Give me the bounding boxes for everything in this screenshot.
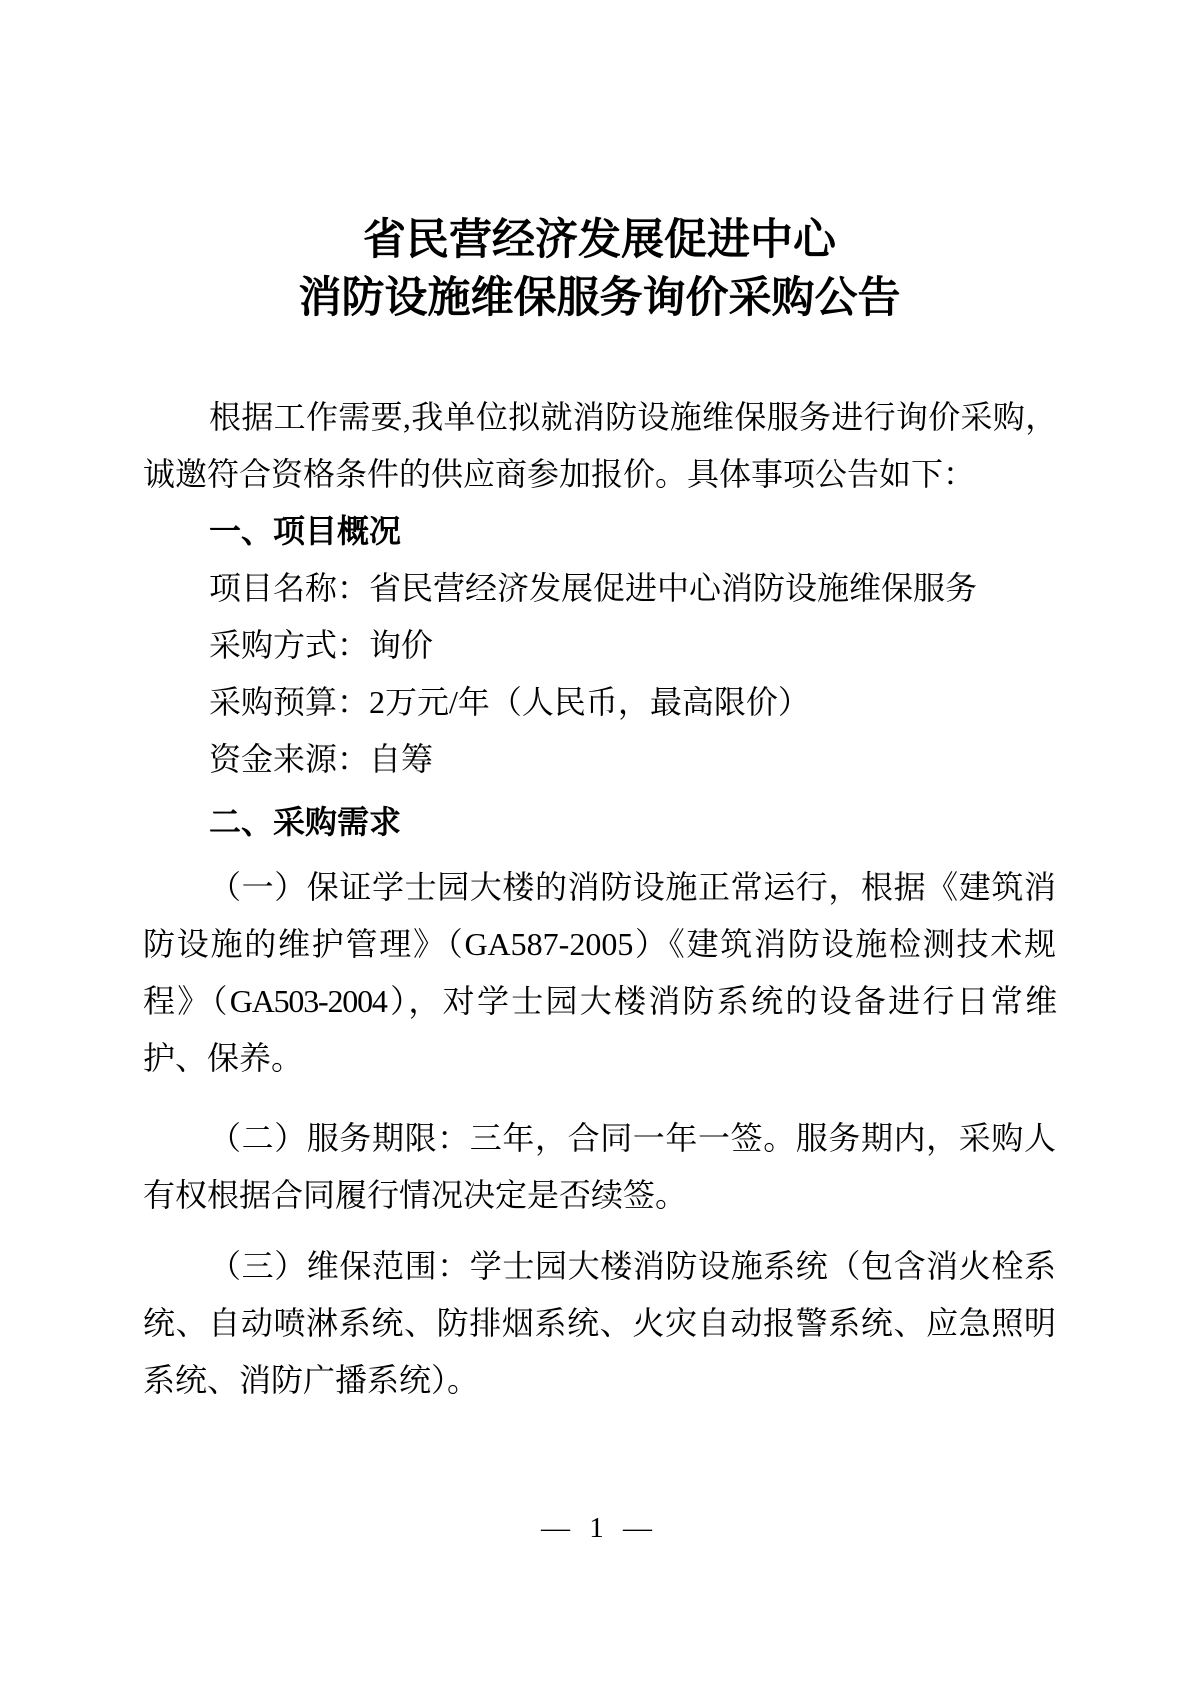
title-line-1: 省民营经济发展促进中心 xyxy=(143,212,1056,270)
paragraph-line: 统、自动喷淋系统、防排烟系统、火灾自动报警系统、应急照明 xyxy=(143,1295,1056,1352)
project-name-line: 项目名称：省民营经济发展促进中心消防设施维保服务 xyxy=(143,560,1056,617)
paragraph-line: （三）维保范围：学士园大楼消防设施系统（包含消火栓系 xyxy=(143,1238,1056,1295)
paragraph-line: （一）保证学士园大楼的消防设施正常运行，根据《建筑消 xyxy=(143,859,1056,916)
document-page: 省民营经济发展促进中心 消防设施维保服务询价采购公告 根据工作需要,我单位拟就消… xyxy=(0,0,1199,1696)
paragraph-line: 系统、消防广播系统）。 xyxy=(143,1352,1056,1409)
document-content: 省民营经济发展促进中心 消防设施维保服务询价采购公告 根据工作需要,我单位拟就消… xyxy=(143,0,1056,1409)
intro-line-2: 诚邀符合资格条件的供应商参加报价。具体事项公告如下： xyxy=(143,446,1056,503)
procurement-method-line: 采购方式：询价 xyxy=(143,617,1056,674)
section-2-heading: 二、采购需求 xyxy=(143,794,1056,851)
paragraph-line: 防设施的维护管理》（GA587-2005）《建筑消防设施检测技术规 xyxy=(143,916,1056,973)
funding-source-line: 资金来源：自筹 xyxy=(143,731,1056,788)
paragraph-line: 程》（GA503-2004），对学士园大楼消防系统的设备进行日常维 xyxy=(143,973,1056,1030)
section-1-heading: 一、项目概况 xyxy=(143,503,1056,560)
paragraph-line: （二）服务期限：三年，合同一年一签。服务期内，采购人 xyxy=(143,1110,1056,1167)
requirement-paragraph-1: （一）保证学士园大楼的消防设施正常运行，根据《建筑消 防设施的维护管理》（GA5… xyxy=(143,859,1056,1087)
budget-line: 采购预算：2万元/年（人民币，最高限价） xyxy=(143,674,1056,731)
page-number: — 1 — xyxy=(0,1508,1199,1548)
title-line-2: 消防设施维保服务询价采购公告 xyxy=(143,270,1056,328)
paragraph-line: 有权根据合同履行情况决定是否续签。 xyxy=(143,1167,1056,1224)
document-title: 省民营经济发展促进中心 消防设施维保服务询价采购公告 xyxy=(143,212,1056,328)
intro-paragraph: 根据工作需要,我单位拟就消防设施维保服务进行询价采购， 诚邀符合资格条件的供应商… xyxy=(143,389,1056,503)
intro-line-1: 根据工作需要,我单位拟就消防设施维保服务进行询价采购， xyxy=(143,389,1056,446)
paragraph-line: 护、保养。 xyxy=(143,1030,1056,1087)
requirement-paragraph-3: （三）维保范围：学士园大楼消防设施系统（包含消火栓系 统、自动喷淋系统、防排烟系… xyxy=(143,1238,1056,1409)
requirement-paragraph-2: （二）服务期限：三年，合同一年一签。服务期内，采购人 有权根据合同履行情况决定是… xyxy=(143,1110,1056,1224)
